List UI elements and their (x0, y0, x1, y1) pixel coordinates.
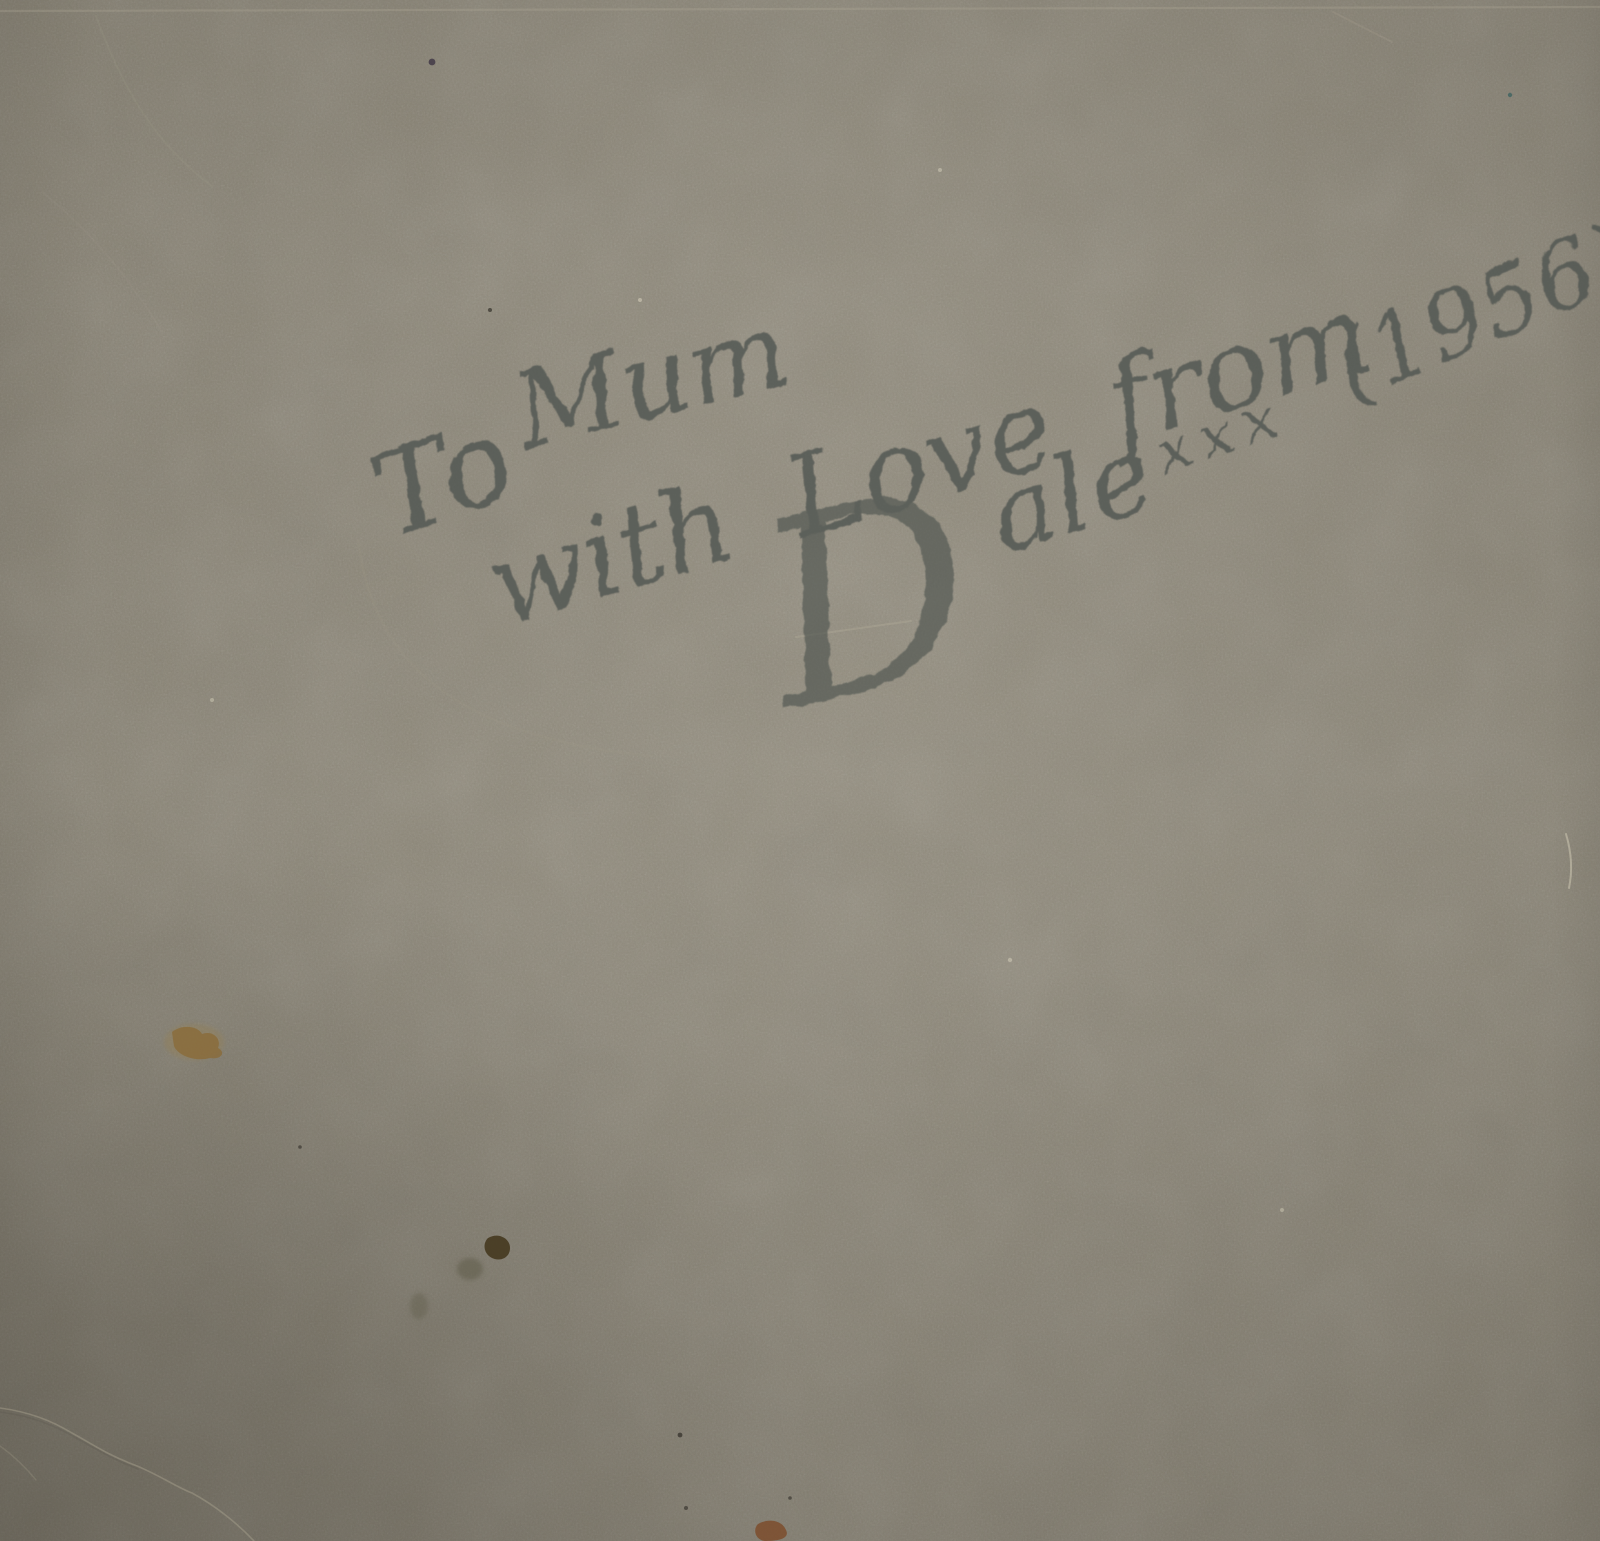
blue-speck (1508, 93, 1512, 97)
dark-speck-2 (488, 308, 492, 312)
scan-stage: To Mum with Love from D ale xxx (1956) (0, 0, 1600, 1541)
dark-speck-5 (788, 1496, 792, 1500)
paper-shading (0, 0, 1600, 1541)
white-fleck-1 (638, 298, 642, 302)
white-fleck-3 (1008, 958, 1012, 962)
dark-speck-4 (684, 1506, 688, 1510)
olive-smudge (457, 1258, 483, 1280)
white-fleck-4 (1280, 1208, 1284, 1212)
dark-speck-1 (429, 59, 436, 66)
scanned-card: To Mum with Love from D ale xxx (1956) (0, 0, 1600, 1541)
bottom-left-corner-shadow (0, 0, 1600, 1541)
dark-speck-3 (678, 1433, 683, 1438)
white-fleck-2 (938, 168, 942, 172)
faint-smudge (410, 1293, 428, 1319)
white-fleck-5 (210, 698, 214, 702)
dark-speck-6 (298, 1145, 302, 1149)
